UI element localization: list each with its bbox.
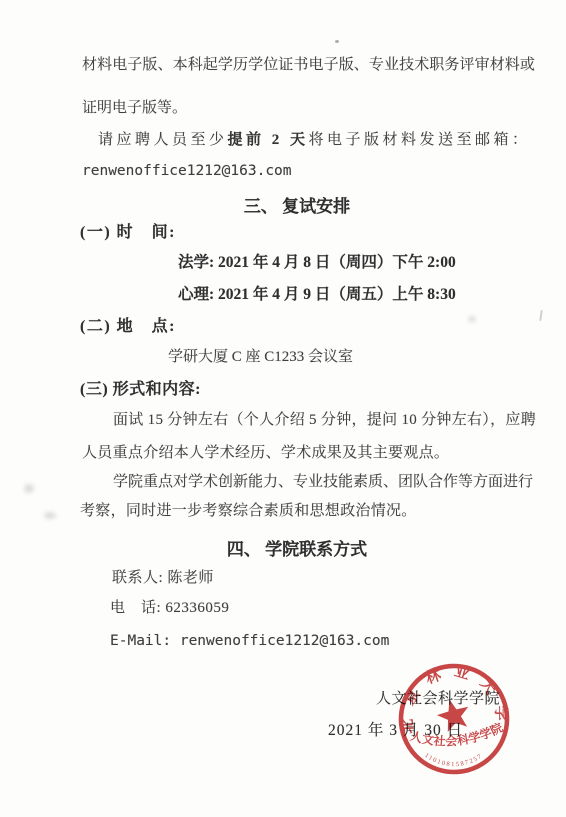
section3-heading: 三、 复试安排 — [60, 192, 534, 217]
time-psychology: 心理: 2021 年 4 月 9 日（周五）上午 8:30 — [178, 285, 456, 305]
place-value: 学研大厦 C 座 C1233 会议室 — [168, 347, 353, 367]
intro-line-1: 材料电子版、本科起学历学位证书电子版、专业技术职务评审材料或 — [82, 55, 535, 75]
format-label: (三) 形式和内容: — [80, 380, 201, 400]
contact-person: 联系人: 陈老师 — [112, 568, 214, 588]
email-address: renwenoffice1212@163.com — [82, 161, 292, 181]
notice-bold: 提前 2 天 — [228, 132, 309, 148]
notice-suffix: 将电子版材料发送至邮箱： — [309, 132, 531, 148]
scan-speck — [335, 40, 339, 43]
time-law: 法学: 2021 年 4 月 8 日（周四）下午 2:00 — [178, 253, 456, 273]
section4-heading: 四、 学院联系方式 — [60, 535, 534, 560]
seal-star-icon — [434, 695, 473, 733]
scan-smudge — [44, 512, 56, 519]
focus-line-1: 学院重点对学术创新能力、专业技能素质、团队合作等方面进行 — [113, 472, 533, 492]
scanned-document-page: 材料电子版、本科起学历学位证书电子版、专业技术职务评审材料或 证明电子版等。 请… — [0, 0, 566, 817]
intro-line-2: 证明电子版等。 — [82, 98, 187, 118]
scan-mark — [539, 310, 543, 321]
format-line-1: 面试 15 分钟左右（个人介绍 5 分钟，提问 10 分钟左右），应聘 — [113, 410, 536, 430]
contact-phone: 电 话: 62336059 — [110, 598, 229, 618]
focus-line-2: 考察，同时进一步考察综合素质和思想政治情况。 — [80, 501, 417, 521]
official-seal: 北京林业大学 人文社会科学学院 1101081587257 — [389, 654, 519, 784]
scan-smudge — [24, 484, 34, 493]
format-line-2: 人员重点介绍本人学术经历、学术成果及其主要观点。 — [82, 443, 449, 463]
notice-prefix: 请应聘人员至少 — [98, 132, 228, 148]
place-label: (二) 地 点: — [80, 317, 176, 337]
svg-text:人文社会科学学院: 人文社会科学学院 — [407, 718, 507, 752]
contact-email: E-Mail: renwenoffice1212@163.com — [110, 631, 389, 651]
scan-smudge — [468, 316, 476, 322]
notice-line: 请应聘人员至少提前 2 天将电子版材料发送至邮箱： — [98, 130, 531, 150]
seal-college-text: 人文社会科学学院 — [407, 718, 507, 752]
time-label: (一) 时 间: — [80, 223, 176, 243]
